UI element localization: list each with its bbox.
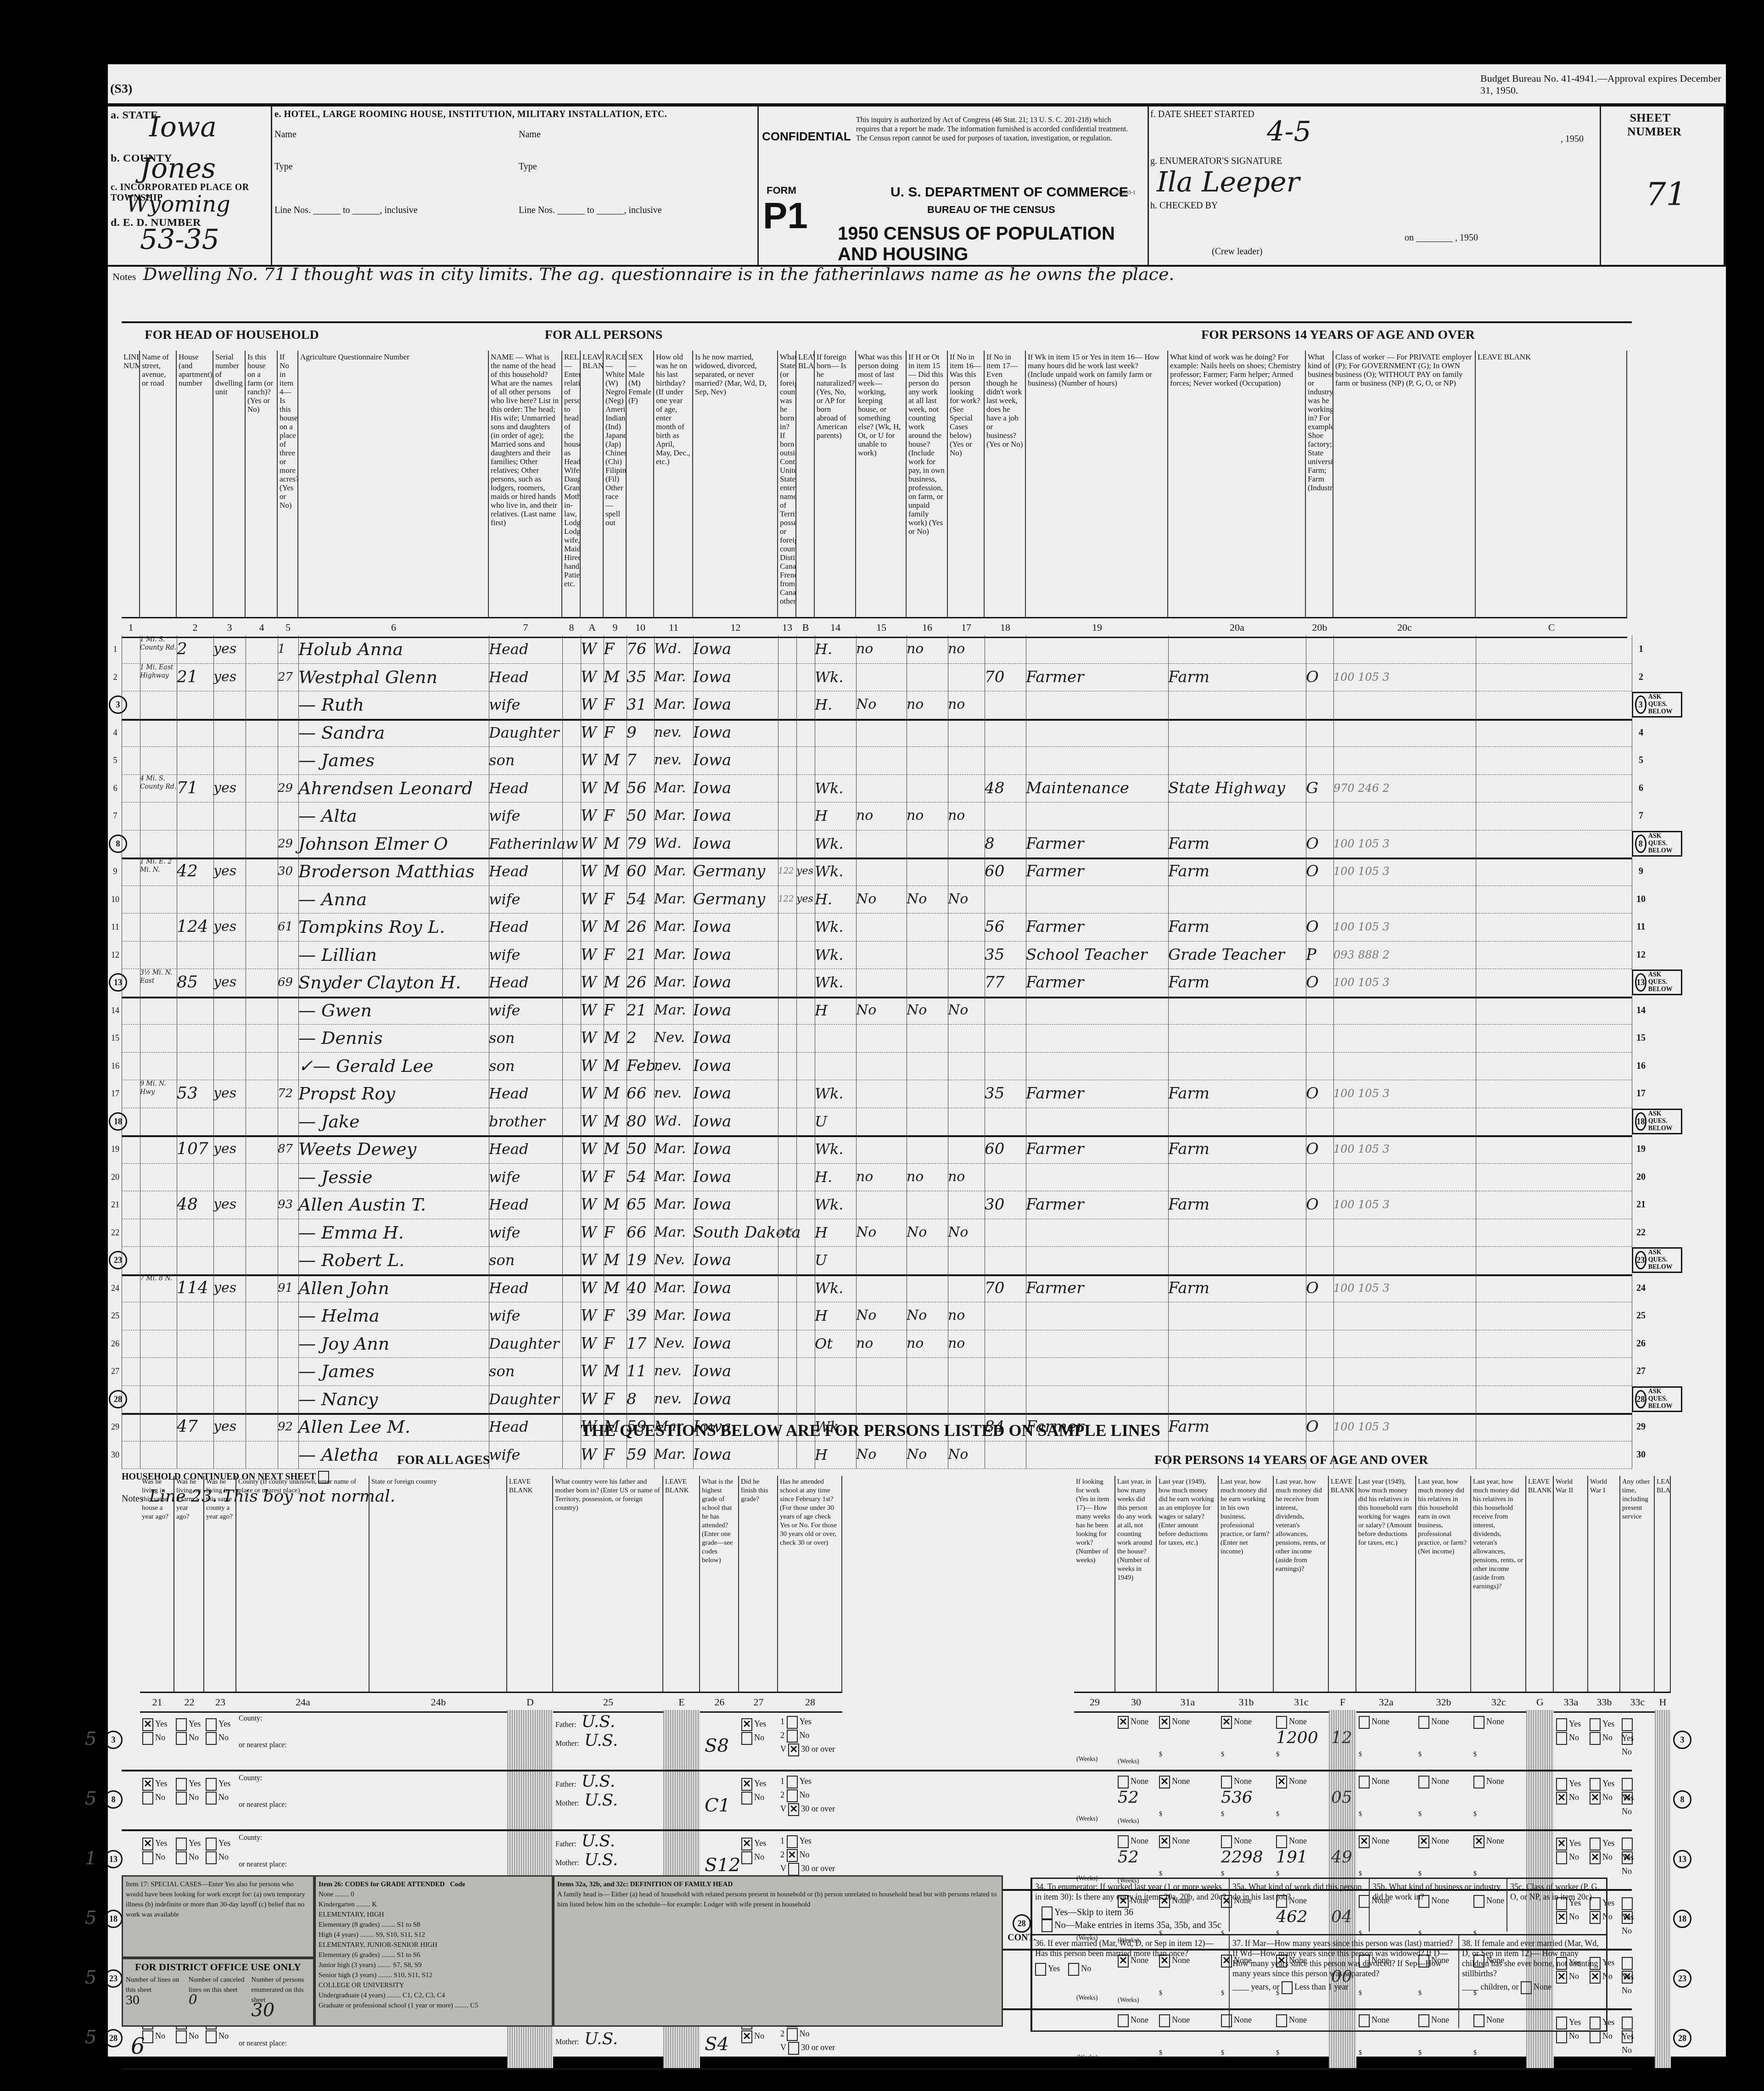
q36-yes-checkbox[interactable] (1035, 1963, 1046, 1976)
q22-no-checkbox[interactable] (176, 1732, 187, 1745)
q31c-dollar: $ (1276, 1811, 1279, 1818)
column-header-19: If Wk in item 15 or Yes in item 16— How … (1026, 351, 1168, 617)
inst-name-label-1: Name (274, 129, 297, 140)
q28-no-checkbox[interactable] (787, 2028, 798, 2041)
q33b-yes-checkbox[interactable] (1590, 1778, 1601, 1791)
q27-yes-label: Yes (754, 1719, 766, 1728)
q31c: None191$ (1276, 1834, 1308, 1867)
q33c-no-checkbox[interactable]: ✕ (1622, 1792, 1633, 1805)
cell-age: 21 (627, 997, 646, 1024)
q27-yes-checkbox[interactable]: ✕ (741, 1838, 752, 1850)
q32b-none-checkbox[interactable] (1418, 1716, 1429, 1729)
cell-race: W (581, 719, 597, 746)
q31c-none-checkbox[interactable] (1276, 1835, 1287, 1848)
q31c-none: None (1276, 1715, 1318, 1728)
grade-code-item: Junior high (3 years) ........ S7, S8, S… (319, 1960, 549, 1970)
q34-no-checkbox[interactable] (1042, 1919, 1053, 1932)
table-row: 22— Emma H.wifeWF66Mar.South Dakota045HN… (122, 1219, 1632, 1247)
q22-yes: Yes (176, 1836, 201, 1850)
q34-text: 34. To enumerator: If worked last year (… (1035, 1882, 1226, 1902)
cell-occupation: Farmer (1026, 1080, 1084, 1107)
column-header-7: NAME — What is the name of the head of t… (489, 351, 562, 617)
q33a-no-checkbox[interactable]: ✕ (1556, 1792, 1567, 1805)
q33c-yes-checkbox[interactable] (1622, 1718, 1633, 1731)
q33b-no-label: No (1602, 1793, 1613, 1802)
q32a-none-label: None (1372, 1717, 1389, 1726)
grid-line (1476, 635, 1476, 1469)
cell-age: 19 (627, 1246, 646, 1274)
q28-30 or over-checkbox[interactable] (788, 1863, 799, 1876)
q31a-none-checkbox[interactable]: ✕ (1159, 1776, 1170, 1788)
q21-no-checkbox[interactable] (142, 1732, 153, 1745)
cell-q17: No (907, 1302, 927, 1329)
q32a-dollar: $ (1359, 2050, 1362, 2057)
q32a-none-checkbox[interactable] (1359, 1776, 1370, 1788)
cell-name: — Sandra (298, 719, 385, 746)
cell-code_b: 122 (778, 886, 794, 913)
cell-age: 21 (627, 941, 646, 969)
q27-yes: ✕Yes (741, 1717, 766, 1731)
q31b-amount: 536 (1221, 1788, 1253, 1807)
q32c-dollar: $ (1473, 1751, 1477, 1759)
q27-yes-label: Yes (754, 1779, 766, 1788)
line-number-right: 2 (1634, 663, 1648, 691)
sample-column-header-cD: LEAVE BLANK (507, 1476, 553, 1692)
cell-rel: wife (489, 941, 520, 969)
sample-column-header-c31b: Last year, how much money did he earn wo… (1219, 1476, 1274, 1692)
cell-class: O (1306, 1080, 1319, 1107)
cell-birthplace: Iowa (693, 997, 731, 1024)
line-number: 7 (109, 802, 122, 830)
cell-agq: 61 (278, 913, 293, 941)
line-number: 21 (109, 1191, 122, 1218)
cell-q16: No (856, 1219, 876, 1246)
cell-race: W (581, 802, 597, 830)
sample-column-header-c32b: Last year, how much money did his relati… (1416, 1476, 1471, 1692)
q32a: None$ (1359, 1715, 1389, 1728)
table-row: 23— Robert L.sonWM19Nev.IowaU2323ASK QUE… (122, 1246, 1632, 1276)
cell-name: — Joy Ann (298, 1330, 389, 1357)
q28-no-checkbox[interactable] (787, 1730, 798, 1743)
q22-no-checkbox[interactable] (176, 1792, 187, 1805)
q22-no-checkbox[interactable] (176, 1851, 187, 1864)
cell-race: W (581, 830, 597, 858)
persons-count: Number of persons enumerated on this she… (251, 1975, 310, 2015)
cell-rel: son (489, 746, 515, 774)
table-row: 829Johnson Elmer OFatherinlawWM79Wd.Iowa… (122, 830, 1632, 860)
father-line: Father: U.S. (555, 1712, 618, 1731)
table-row: 15— DennissonWM2Nev.Iowa15 (122, 1024, 1632, 1053)
q33a-no-checkbox[interactable] (1556, 1851, 1567, 1864)
cell-race: W (581, 1330, 597, 1357)
cell-marital: Mar. (654, 1163, 686, 1191)
q31c-none-checkbox[interactable]: ✕ (1276, 1776, 1287, 1788)
county-label: County: (239, 1774, 287, 1783)
q34-yes-checkbox[interactable] (1042, 1906, 1053, 1919)
q30-none-checkbox[interactable] (1118, 1835, 1129, 1848)
q33b-no-checkbox[interactable] (1590, 1732, 1601, 1745)
q33b-no: No (1590, 1731, 1614, 1744)
cell-sex: F (604, 635, 615, 663)
cell-marital: Mar. (654, 1219, 686, 1246)
q33c-yes: Yes (1622, 1717, 1635, 1731)
q32c-none: None (1473, 1774, 1504, 1788)
cell-sex: F (604, 941, 615, 969)
line-number: 26 (109, 1330, 122, 1357)
q22-no-label: No (189, 2031, 199, 2041)
q28-option-num: 2 (780, 1850, 787, 1859)
q31a-none-checkbox[interactable]: ✕ (1159, 1835, 1170, 1848)
q23-no-checkbox[interactable] (206, 1732, 217, 1745)
sample-line-circle-right: 18 (1673, 1910, 1691, 1928)
q33c-no-checkbox[interactable]: ✕ (1622, 1851, 1633, 1864)
q31a-dollar: $ (1159, 1871, 1162, 1878)
cell-marital: Mar. (654, 997, 686, 1024)
cell-birthplace: Iowa (693, 663, 731, 691)
cell-house: 124 (177, 913, 208, 941)
q28-option-label: No (800, 1790, 810, 1799)
cell-sex: M (604, 1052, 620, 1080)
q23-no-label: No (218, 1793, 229, 1802)
q31c-none-label: None (1289, 1836, 1307, 1845)
q31c-none-checkbox[interactable] (1276, 1716, 1287, 1729)
cell-activity: H. (815, 635, 832, 663)
q33b-yes-checkbox[interactable] (1590, 1718, 1601, 1731)
special-cases-box: Item 17: SPECIAL CASES—Enter Yes also fo… (122, 1875, 314, 1958)
district-office-title: FOR DISTRICT OFFICE USE ONLY (126, 1962, 310, 1972)
q23-no-label: No (218, 1733, 229, 1742)
q33c-no-checkbox[interactable]: ✕ (1622, 1971, 1633, 1984)
cell-marital: Mar. (654, 1441, 686, 1469)
q33a-no: No (1556, 1850, 1581, 1864)
cell-race: W (581, 1441, 597, 1469)
table-row: 2148yes93Allen Austin T.HeadWM65Mar.Iowa… (122, 1191, 1632, 1219)
q33a-no: No (1556, 1731, 1581, 1744)
q21-yes-checkbox[interactable]: ✕ (142, 1778, 153, 1791)
q31a: ✕None$ (1159, 1715, 1190, 1728)
cell-birthplace: Germany (693, 886, 765, 913)
q27-no-checkbox[interactable] (741, 1851, 752, 1864)
q33c-no-checkbox[interactable] (1622, 2030, 1633, 2043)
q33c: Yes✕No (1622, 1836, 1635, 1864)
q21-yes-label: Yes (155, 1779, 167, 1788)
q33a-yes: Yes (1556, 1717, 1581, 1731)
q31c-amount: 191 (1276, 1848, 1308, 1867)
q31a-none-checkbox[interactable]: ✕ (1159, 1716, 1170, 1729)
q32c-none-checkbox[interactable]: ✕ (1473, 1835, 1484, 1848)
q27: ✕YesNo (741, 1777, 766, 1804)
cell-race: W (581, 886, 597, 913)
q32a: ✕None$ (1359, 1834, 1389, 1848)
column-header-1: LINE NUMBER (122, 351, 140, 617)
q32a-none: None (1359, 1774, 1389, 1788)
q28-30 or over-checkbox[interactable]: ✕ (788, 1743, 799, 1756)
q22-yes-checkbox[interactable] (176, 1718, 187, 1731)
q21-no-checkbox[interactable] (142, 1792, 153, 1805)
q30-none-checkbox[interactable] (1118, 1776, 1129, 1788)
q38-none-checkbox[interactable] (1521, 1981, 1532, 1994)
cell-marital: Mar. (654, 969, 686, 996)
q28-option: 2 ✕No (780, 1848, 835, 1861)
cell-street: 3½ Mi. N. East (140, 969, 177, 996)
q23-yes-label: Yes (218, 1719, 230, 1728)
q21-no: No (142, 1790, 167, 1804)
q33b-yes-checkbox[interactable] (1590, 1838, 1601, 1850)
cell-activity: H (815, 997, 828, 1024)
q33c-no-checkbox[interactable]: ✕ (1622, 1911, 1633, 1924)
cell-rel: Fatherinlaw (489, 830, 578, 858)
cell-birthplace: Iowa (693, 691, 731, 718)
q23-no-checkbox[interactable] (206, 1851, 217, 1864)
q31b: None2298$ (1221, 1834, 1263, 1867)
q23-yes-checkbox[interactable] (206, 1718, 217, 1731)
q32c-none-checkbox[interactable] (1473, 1716, 1484, 1729)
cell-sex: M (604, 1274, 620, 1302)
inst-type-label-1: Type (274, 162, 293, 172)
cell-hours: 77 (985, 969, 1004, 996)
q21: ✕YesNo (142, 1717, 167, 1744)
sample-line-circle: 13 (104, 1850, 123, 1868)
table-row: 11124yes61Tompkins Roy L.HeadWM26Mar.Iow… (122, 913, 1632, 942)
q33c-no: ✕No (1622, 1850, 1635, 1864)
cell-age: 54 (627, 886, 646, 913)
institution-label: e. HOTEL, LARGE ROOMING HOUSE, INSTITUTI… (274, 109, 667, 120)
sheet-number: 71 (1646, 175, 1686, 213)
q33c-yes: Yes (1622, 1777, 1635, 1790)
q33b-no-label: No (1602, 1733, 1613, 1742)
q21-yes-checkbox[interactable]: ✕ (142, 1718, 153, 1731)
cell-race: W (581, 1274, 597, 1302)
table-row: 179 Mi. N. Hwy53yes72Propst RoyHeadWM66n… (122, 1080, 1632, 1108)
q31b-none-checkbox[interactable]: ✕ (1221, 1716, 1232, 1729)
q33c-yes-checkbox[interactable] (1622, 1778, 1633, 1791)
q32a-none-checkbox[interactable]: ✕ (1359, 1835, 1370, 1848)
sample-column-header-c32a: Last year (1949), how much money did his… (1356, 1476, 1416, 1692)
q28-no-checkbox[interactable] (787, 1789, 798, 1802)
q21-no: No (142, 1850, 167, 1864)
grid-line (627, 635, 627, 1469)
q33b-no-checkbox[interactable]: ✕ (1590, 1792, 1601, 1805)
mother-label: Mother: (555, 1740, 579, 1748)
q22-yes-label: Yes (189, 1839, 201, 1848)
cell-q17: No (907, 1441, 927, 1469)
sample-column-header-cE: LEAVE BLANK (663, 1476, 700, 1692)
cell-race: W (581, 1246, 597, 1274)
q31b-none-label: None (1234, 1717, 1252, 1726)
cell-rel: wife (489, 1163, 520, 1191)
cell-occupation: Farmer (1026, 913, 1084, 941)
q31b: None536$ (1221, 1774, 1253, 1807)
q33c-yes-checkbox[interactable] (1622, 2017, 1633, 2029)
father-label: Father: (555, 1721, 576, 1729)
q31b-none-checkbox[interactable] (1221, 1835, 1232, 1848)
q33c-no-checkbox[interactable] (1622, 1732, 1633, 1745)
cell-birthplace: Iowa (693, 1108, 731, 1135)
q31c-dollar: $ (1276, 1751, 1279, 1759)
cell-birthplace: Iowa (693, 1191, 731, 1218)
sheet-number-block: SHEET NUMBER 71 (1600, 107, 1726, 265)
q22-yes-label: Yes (189, 1779, 201, 1788)
q21-no: No (142, 2029, 167, 2043)
cell-q18: No (948, 1219, 968, 1246)
q31c-none: None (1276, 1834, 1308, 1848)
cell-class: O (1306, 858, 1319, 885)
q33b-no-label: No (1602, 2031, 1613, 2041)
q33a-yes-checkbox[interactable]: ✕ (1556, 1838, 1567, 1850)
q28-school: 1 Yes2 NoV ✕30 or over (780, 1715, 835, 1756)
q21-yes-checkbox[interactable]: ✕ (142, 1838, 153, 1850)
sample-column-header-cH: LEAVE BLANK (1655, 1476, 1671, 1692)
q28-yes-checkbox[interactable] (787, 1716, 798, 1729)
q28-option-label: Yes (800, 1717, 812, 1726)
q30-none-checkbox[interactable]: ✕ (1118, 1716, 1129, 1729)
cell-q18: no (948, 1163, 965, 1191)
canceled-value: 0 (189, 1995, 248, 2005)
q23-yes-checkbox[interactable] (206, 1838, 217, 1850)
cell-rel: wife (489, 802, 520, 830)
q22-yes-checkbox[interactable] (176, 1838, 187, 1850)
q32b-none-checkbox[interactable] (1418, 1776, 1429, 1788)
q29-weeks-looking: (Weeks) (1076, 1756, 1098, 1763)
cell-rel: Head (489, 913, 528, 941)
line-number: 2 (109, 663, 122, 691)
q33a-yes-checkbox[interactable] (1556, 1778, 1567, 1791)
q33a-no-checkbox[interactable] (1556, 2030, 1567, 2043)
sample-line-circle: 18 (109, 1112, 127, 1131)
q33b-no-checkbox[interactable]: ✕ (1590, 1851, 1601, 1864)
q27-yes-checkbox[interactable]: ✕ (741, 1778, 752, 1791)
q28-yes-checkbox[interactable] (787, 1776, 798, 1788)
q22-no-checkbox[interactable] (176, 2030, 187, 2043)
q22-yes-checkbox[interactable] (176, 1778, 187, 1791)
cell-farm: yes (213, 1413, 236, 1441)
cell-house: 2 (177, 635, 187, 663)
cell-name: — Nancy (298, 1385, 378, 1413)
supplemental-questions: 34. To enumerator: If worked last year (… (1030, 1878, 1607, 2032)
q33c-yes-checkbox[interactable] (1622, 1957, 1633, 1970)
q31b-none-checkbox[interactable] (1221, 1776, 1232, 1788)
table-row: 5— JamessonWM7nev.Iowa5 (122, 746, 1632, 775)
q33c-yes-checkbox[interactable] (1622, 1838, 1633, 1850)
county-label: County: (239, 1715, 287, 1723)
q22-no-label: No (189, 1852, 199, 1861)
q33a-yes-checkbox[interactable] (1556, 1718, 1567, 1731)
line-number: 25 (109, 1302, 122, 1329)
cell-marital: Nev. (654, 1330, 685, 1357)
cell-activity: Wk. (815, 1274, 843, 1302)
grid-line (246, 635, 246, 1469)
date-value: 4-5 (1267, 116, 1311, 148)
date-label: f. DATE SHEET STARTED (1150, 109, 1254, 120)
grid-line (213, 635, 214, 1469)
q32c: ✕None$ (1473, 1834, 1504, 1848)
cell-house: 47 (177, 1413, 198, 1441)
q35a-text: 35a. What kind of work did this person d… (1230, 1879, 1370, 1932)
cell-rel: Head (489, 663, 528, 691)
q27-no-checkbox[interactable] (741, 1732, 752, 1745)
line-number: 4 (109, 719, 122, 746)
q27-no-checkbox[interactable]: ✕ (741, 2030, 752, 2043)
cell-activity: H (815, 1219, 828, 1246)
grade-code-item: None ........ 0 (319, 1889, 549, 1900)
q32a-none-checkbox[interactable] (1359, 1716, 1370, 1729)
cell-activity: H. (815, 1163, 832, 1191)
cell-q18: No (948, 886, 968, 913)
cell-codes: 100 105 3 (1333, 1135, 1389, 1163)
q22-no: No (176, 2029, 201, 2043)
q28-30 or over-checkbox[interactable]: ✕ (788, 1803, 799, 1816)
q32b-none-checkbox[interactable]: ✕ (1418, 1835, 1429, 1848)
cell-q18: no (948, 691, 965, 718)
q28-yes-checkbox[interactable] (787, 1835, 798, 1848)
q36-no-checkbox[interactable] (1068, 1963, 1079, 1976)
q32c-none-label: None (1486, 1777, 1504, 1786)
cell-sex: M (604, 969, 620, 996)
cell-marital: nev. (654, 1052, 682, 1080)
cell-activity: Wk. (815, 1191, 843, 1218)
table-row: 7— AltawifeWF50Mar.IowaHnonono7 (122, 802, 1632, 830)
sample-column-header-c22: Was he living on a farm a year ago? (174, 1476, 204, 1692)
q21-yes: ✕Yes (142, 1777, 167, 1790)
cell-birthplace: Iowa (693, 1052, 731, 1080)
q33b-no-label: No (1602, 1852, 1613, 1861)
cell-name: — Robert L. (298, 1246, 404, 1274)
cell-race: W (581, 1052, 597, 1080)
q27-no-checkbox[interactable] (741, 1792, 752, 1805)
line-number-right: 10 (1634, 886, 1648, 913)
q28-no-checkbox[interactable]: ✕ (787, 1849, 798, 1862)
q21-no: No (142, 1731, 167, 1744)
q32c-none-checkbox[interactable] (1473, 1776, 1484, 1788)
cell-race: W (581, 1302, 597, 1329)
q23-no-checkbox[interactable] (206, 1792, 217, 1805)
q32b-none: None (1418, 1774, 1449, 1788)
q31b: ✕None$ (1221, 1715, 1252, 1728)
cell-age: 2 (627, 1024, 637, 1052)
father-birthplace: U.S. (576, 1832, 615, 1850)
line-number-right: 1 (1634, 635, 1648, 663)
form-code: (S3) (110, 82, 132, 96)
q33a-no-label: No (1569, 1793, 1579, 1802)
cell-house: 114 (177, 1274, 208, 1302)
q27-yes-checkbox[interactable]: ✕ (741, 1718, 752, 1731)
cell-marital: Mar. (654, 663, 686, 691)
q37-less-checkbox[interactable] (1282, 1981, 1293, 1994)
cell-race: W (581, 997, 597, 1024)
cell-q18: no (948, 635, 965, 663)
q25-parents: Father: U.S.Mother: U.S. (555, 1832, 618, 1869)
q33b-no-checkbox[interactable] (1590, 2030, 1601, 2043)
q33c-yes-checkbox[interactable] (1622, 1897, 1633, 1910)
grid-line (1632, 635, 1632, 1469)
cell-codes: 970 246 2 (1333, 774, 1389, 802)
q21-no-checkbox[interactable] (142, 1851, 153, 1864)
cell-name: ✓— Gerald Lee (298, 1052, 433, 1080)
cell-occupation: Farmer (1026, 1274, 1084, 1302)
q23-no-checkbox[interactable] (206, 2030, 217, 2043)
cell-codes: 100 105 3 (1333, 830, 1389, 858)
q30-none: None (1118, 1774, 1148, 1788)
notes-label: Notes (112, 271, 136, 282)
cell-class: O (1306, 969, 1319, 996)
table-row: 10— AnnawifeWF54Mar.Germany122yesH.NoNoN… (122, 886, 1632, 914)
q33a-no-checkbox[interactable] (1556, 1732, 1567, 1745)
cell-age: 66 (627, 1080, 646, 1107)
cell-sex: M (604, 913, 620, 941)
cell-birthplace: Iowa (693, 802, 731, 830)
q23-yes-checkbox[interactable] (206, 1778, 217, 1791)
q28-30 or over-checkbox[interactable] (788, 2042, 799, 2055)
